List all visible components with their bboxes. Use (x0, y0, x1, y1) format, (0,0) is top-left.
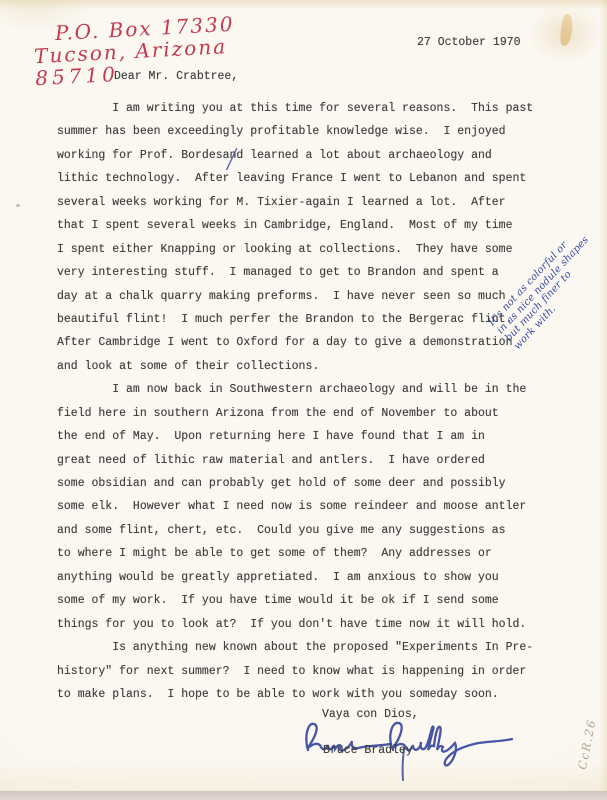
letter-line: and look at some of their collections. (57, 355, 557, 378)
letter-line: and some flint, chert, etc. Could you gi… (57, 519, 557, 542)
letter-line: lithic technology. After leaving France … (57, 167, 557, 190)
typed-signature-name: Bruce Bradley (323, 744, 413, 757)
letter-line: day at a chalk quarry making preforms. I… (57, 285, 557, 308)
paper-speck (16, 204, 20, 207)
letter-line: great need of lithic raw material and an… (57, 449, 557, 472)
letter-line: some obsidian and can probably get hold … (57, 472, 557, 495)
letter-line: anything would be greatly appretiated. I… (57, 566, 557, 589)
letter-line: to where I might be able to get some of … (57, 542, 557, 565)
letter-line: After Cambridge I went to Oxford for a d… (57, 331, 557, 354)
letter-line: history" for next summer? I need to know… (57, 660, 557, 683)
letter-line: things for you to look at? If you don't … (57, 613, 557, 636)
letter-line: to make plans. I hope to be able to work… (57, 683, 557, 706)
letter-page: P.O. Box 17330Tucson, Arizona85710 27 Oc… (0, 0, 607, 791)
letter-line: I spent either Knapping or looking at co… (57, 238, 557, 261)
letter-line: beautiful flint! I much perfer the Brand… (57, 308, 557, 331)
letter-line: some elk. However what I need now is som… (57, 495, 557, 518)
scanned-letter: P.O. Box 17330Tucson, Arizona85710 27 Oc… (0, 0, 607, 800)
letter-line: some of my work. If you have time would … (57, 589, 557, 612)
letter-line: I am now back in Southwestern archaeolog… (57, 378, 557, 401)
letter-line: the end of May. Upon returning here I ha… (57, 425, 557, 448)
letter-line: very interesting stuff. I managed to get… (57, 261, 557, 284)
letter-line: several weeks working for M. Tixier-agai… (57, 191, 557, 214)
salutation: Dear Mr. Crabtree, (114, 70, 238, 83)
letter-line: working for Prof. Bordesand learned a lo… (57, 144, 557, 167)
letter-line: summer has been exceedingly profitable k… (57, 120, 557, 143)
letter-line: I am writing you at this time for severa… (57, 97, 557, 120)
letter-body: I am writing you at this time for severa… (57, 97, 557, 706)
letter-line: field here in southern Arizona from the … (57, 402, 557, 425)
scanner-background-strip (0, 791, 607, 800)
letter-date: 27 October 1970 (417, 36, 521, 49)
letter-line: that I spent several weeks in Cambridge,… (57, 214, 557, 237)
letter-line: Is anything new known about the proposed… (57, 636, 557, 659)
